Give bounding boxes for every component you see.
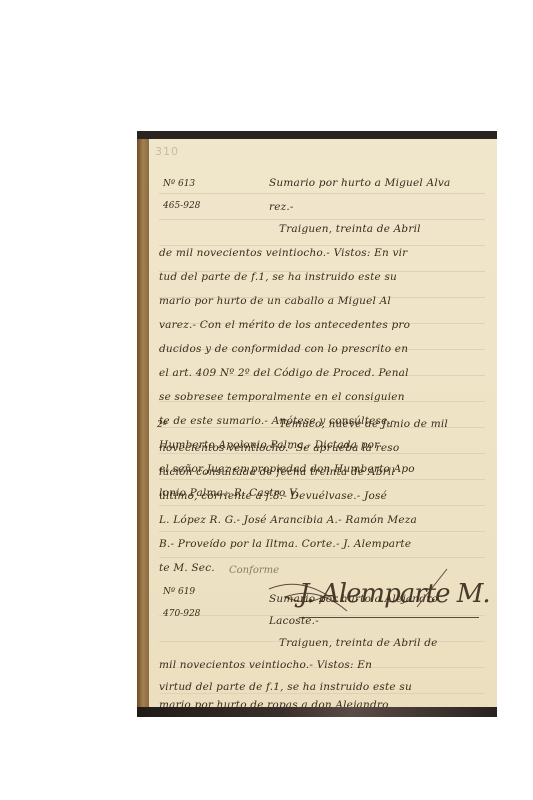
entry-2-line: lución consultada de fecha treinta de Ab… <box>159 466 482 492</box>
photo-bottom-edge <box>137 707 497 717</box>
entry-2-line: último, corriente a f.8.- Devuélvase.- J… <box>159 490 482 516</box>
entry-2-line: Temuco, nueve de Junio de mil <box>159 418 482 444</box>
entry-2-block: Temuco, nueve de Junio de mil noveciento… <box>149 139 494 709</box>
entry-2-line: te M. Sec. <box>159 562 219 588</box>
entry-2-line: B.- Proveído por la Iltma. Corte.- J. Al… <box>159 538 482 564</box>
entry-2-line: L. López R. G.- José Arancibia A.- Ramón… <box>159 514 482 540</box>
entry-2-line: novecientos veintiocho.- Se aprueba la r… <box>159 442 482 468</box>
book-binding-edge <box>137 139 149 717</box>
